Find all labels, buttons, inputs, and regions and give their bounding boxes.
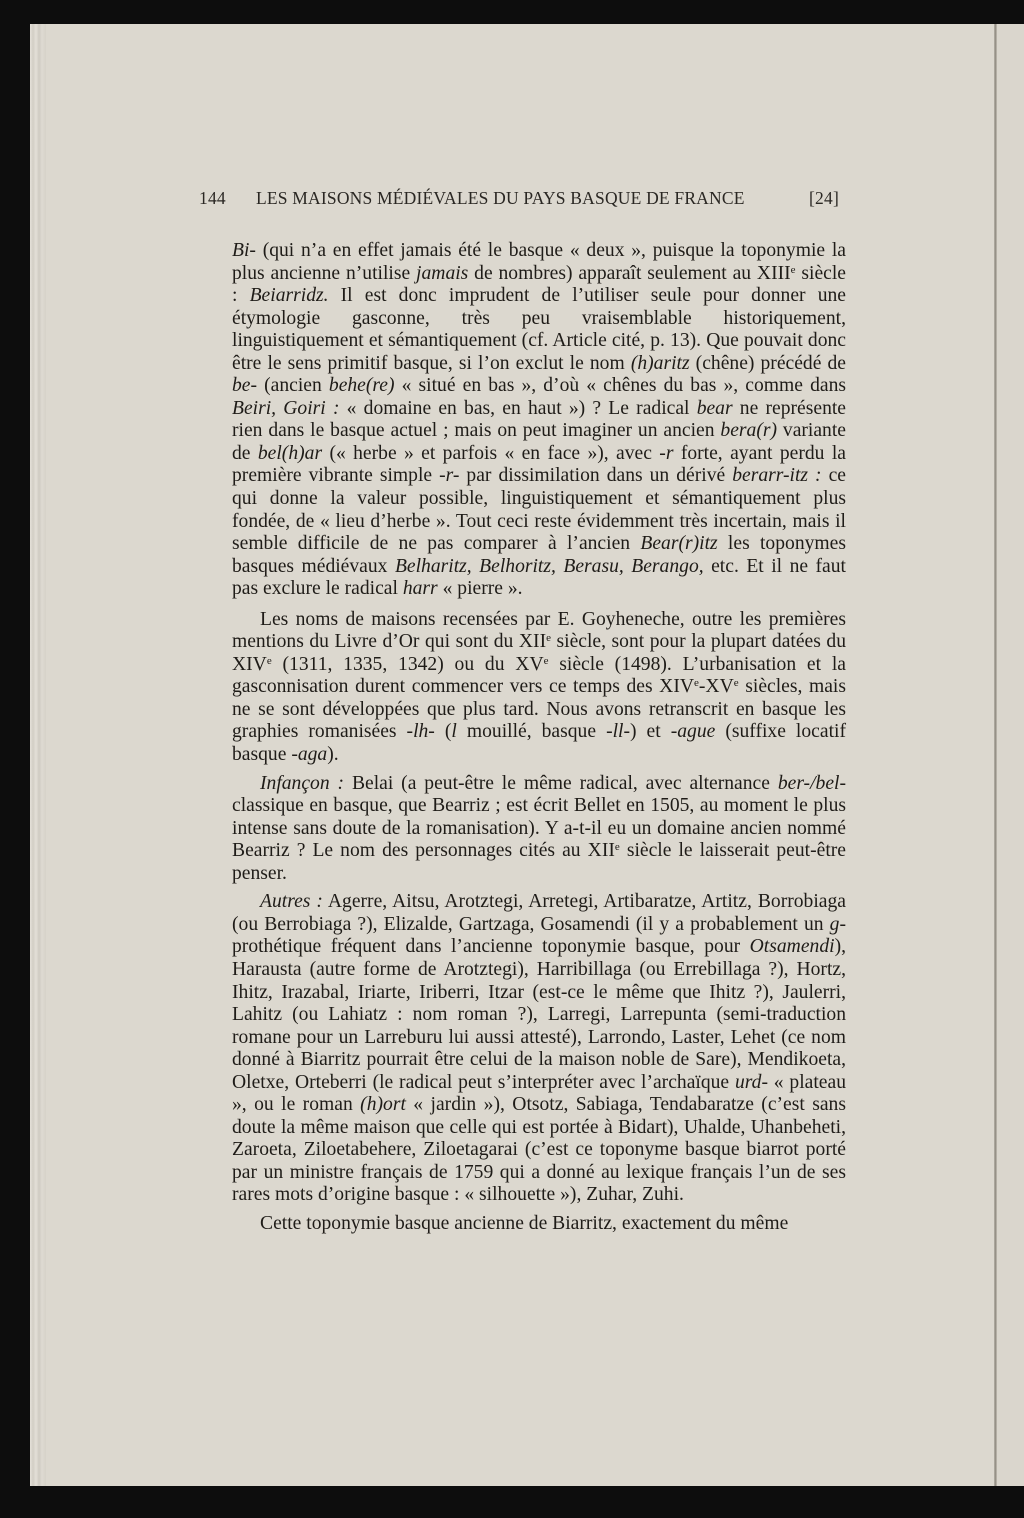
italic-term: bel(h)ar xyxy=(258,443,322,464)
text-run: par dissimilation dans un dérivé xyxy=(459,465,732,486)
italic-term: berarr-itz : xyxy=(732,465,821,486)
italic-term: Bi- xyxy=(232,240,256,261)
italic-term: Belharitz, Belhoritz, Berasu, Berango, xyxy=(395,556,704,577)
text-run: -XV xyxy=(699,676,734,697)
text-run: ). xyxy=(327,744,338,765)
text-run: mouillé, basque xyxy=(457,721,606,742)
running-title: LES MAISONS MÉDIÉVALES DU PAYS BASQUE DE… xyxy=(256,188,745,209)
italic-term: be- xyxy=(232,375,257,396)
text-run: (1311, 1335, 1342) ou du XV xyxy=(272,654,544,675)
text-run: « domaine en bas, en haut ») ? Le radica… xyxy=(339,398,696,419)
paragraph: Autres : Agerre, Aitsu, Arotztegi, Arret… xyxy=(232,891,846,1207)
body-text: Bi- (qui n’a en effet jamais été le basq… xyxy=(232,240,846,1242)
text-run: Belai (a peut-être le même radical, avec… xyxy=(344,773,778,794)
running-head: 144 LES MAISONS MÉDIÉVALES DU PAYS BASQU… xyxy=(199,184,839,210)
italic-term: bera(r) xyxy=(720,420,777,441)
italic-term: -aga xyxy=(291,744,327,765)
paragraph: Infançon : Belai (a peut-être le même ra… xyxy=(232,773,846,886)
italic-term: Autres : xyxy=(260,891,323,912)
text-run: (ancien xyxy=(257,375,329,396)
italic-term: Otsamendi xyxy=(750,936,835,957)
italic-term: -ll- xyxy=(606,721,630,742)
text-run: « pierre ». xyxy=(438,578,523,599)
paragraph: Cette toponymie basque ancienne de Biarr… xyxy=(232,1213,846,1236)
text-run: ( xyxy=(435,721,452,742)
italic-term: -lh- xyxy=(407,721,435,742)
italic-term: jamais xyxy=(416,263,468,284)
italic-term: Infançon : xyxy=(260,773,344,794)
italic-term: -r- xyxy=(439,465,459,486)
italic-term: Beiarridz. xyxy=(250,285,329,306)
page-stack-edges xyxy=(30,24,46,1486)
italic-term: urd- xyxy=(735,1072,768,1093)
italic-term: -r xyxy=(659,443,673,464)
italic-term: Beiri, Goiri : xyxy=(232,398,339,419)
italic-term: Bear(r)itz xyxy=(640,533,717,554)
section-reference: [24] xyxy=(809,188,839,209)
paragraph: Les noms de maisons recensées par E. Goy… xyxy=(232,609,846,767)
text-run: (chêne) précédé de xyxy=(690,353,846,374)
text-run: « situé en bas », d’où « chênes du bas »… xyxy=(395,375,846,396)
paragraph: Bi- (qui n’a en effet jamais été le basq… xyxy=(232,240,846,601)
facing-page-edge xyxy=(997,24,1024,1486)
italic-term: (h)aritz xyxy=(631,353,690,374)
text-run: Agerre, Aitsu, Arotztegi, Arretegi, Arti… xyxy=(232,891,846,935)
italic-term: -ague xyxy=(671,721,716,742)
italic-term: behe(re) xyxy=(329,375,395,396)
text-run: (« herbe » et parfois « en face »), avec xyxy=(322,443,659,464)
text-run: ) et xyxy=(630,721,671,742)
italic-term: g- xyxy=(830,914,846,935)
italic-term: ber-/bel- xyxy=(778,773,846,794)
text-run: de nombres) apparaît seulement au XIII xyxy=(468,263,790,284)
italic-term: harr xyxy=(403,578,438,599)
italic-term: (h)ort xyxy=(360,1094,406,1115)
italic-term: bear xyxy=(697,398,733,419)
text-run: Cette toponymie basque ancienne de Biarr… xyxy=(260,1213,788,1234)
text-run: ), Harausta (autre forme de Arotztegi), … xyxy=(232,936,846,1092)
page-number: 144 xyxy=(199,188,226,209)
text-run: prothétique fréquent dans l’ancienne top… xyxy=(232,936,750,957)
